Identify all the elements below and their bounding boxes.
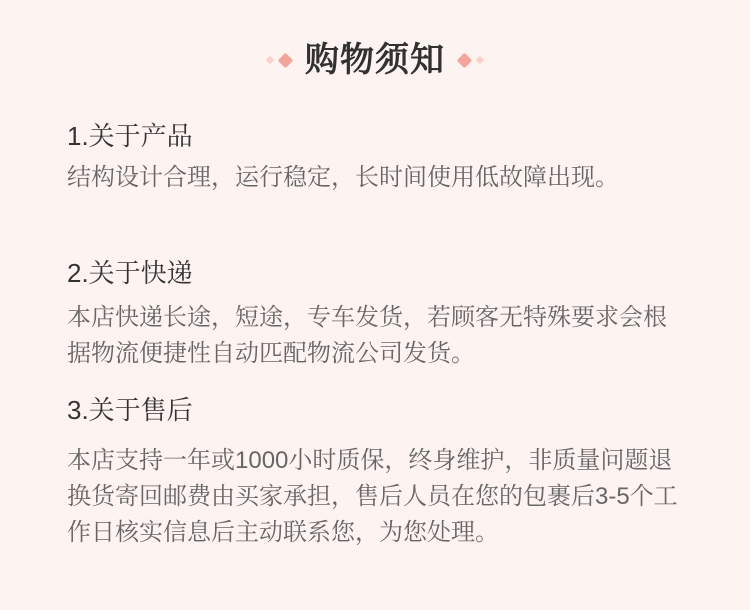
section-about-product: 1.关于产品 结构设计合理，运行稳定，长时间使用低故障出现。 xyxy=(67,118,683,196)
shopping-notice-page: 购物须知 1.关于产品 结构设计合理，运行稳定，长时间使用低故障出现。 2.关于… xyxy=(0,0,750,610)
diamond-ornament-large-left-icon xyxy=(278,53,294,69)
diamond-ornament-small-right-icon xyxy=(476,56,484,64)
section-heading: 1.关于产品 xyxy=(67,118,683,154)
diamond-ornament-small-left-icon xyxy=(266,56,274,64)
section-about-aftersales: 3.关于售后 本店支持一年或1000小时质保，终身维护，非质量问题退换货寄回邮费… xyxy=(67,392,683,551)
page-title-row: 购物须知 xyxy=(0,0,750,81)
diamond-ornament-large-right-icon xyxy=(457,53,473,69)
section-body-text: 本店支持一年或1000小时质保，终身维护，非质量问题退换货寄回邮费由买家承担，售… xyxy=(67,443,683,551)
page-title: 购物须知 xyxy=(305,40,445,81)
section-about-shipping: 2.关于快递 本店快递长途，短途，专车发货，若顾客无特殊要求会根据物流便捷性自动… xyxy=(67,255,683,372)
section-body-text: 结构设计合理，运行稳定，长时间使用低故障出现。 xyxy=(67,160,683,196)
section-heading: 2.关于快递 xyxy=(67,255,683,291)
notice-content: 1.关于产品 结构设计合理，运行稳定，长时间使用低故障出现。 2.关于快递 本店… xyxy=(67,118,683,551)
section-heading: 3.关于售后 xyxy=(67,392,683,428)
section-body-text: 本店快递长途，短途，专车发货，若顾客无特殊要求会根据物流便捷性自动匹配物流公司发… xyxy=(67,300,683,372)
